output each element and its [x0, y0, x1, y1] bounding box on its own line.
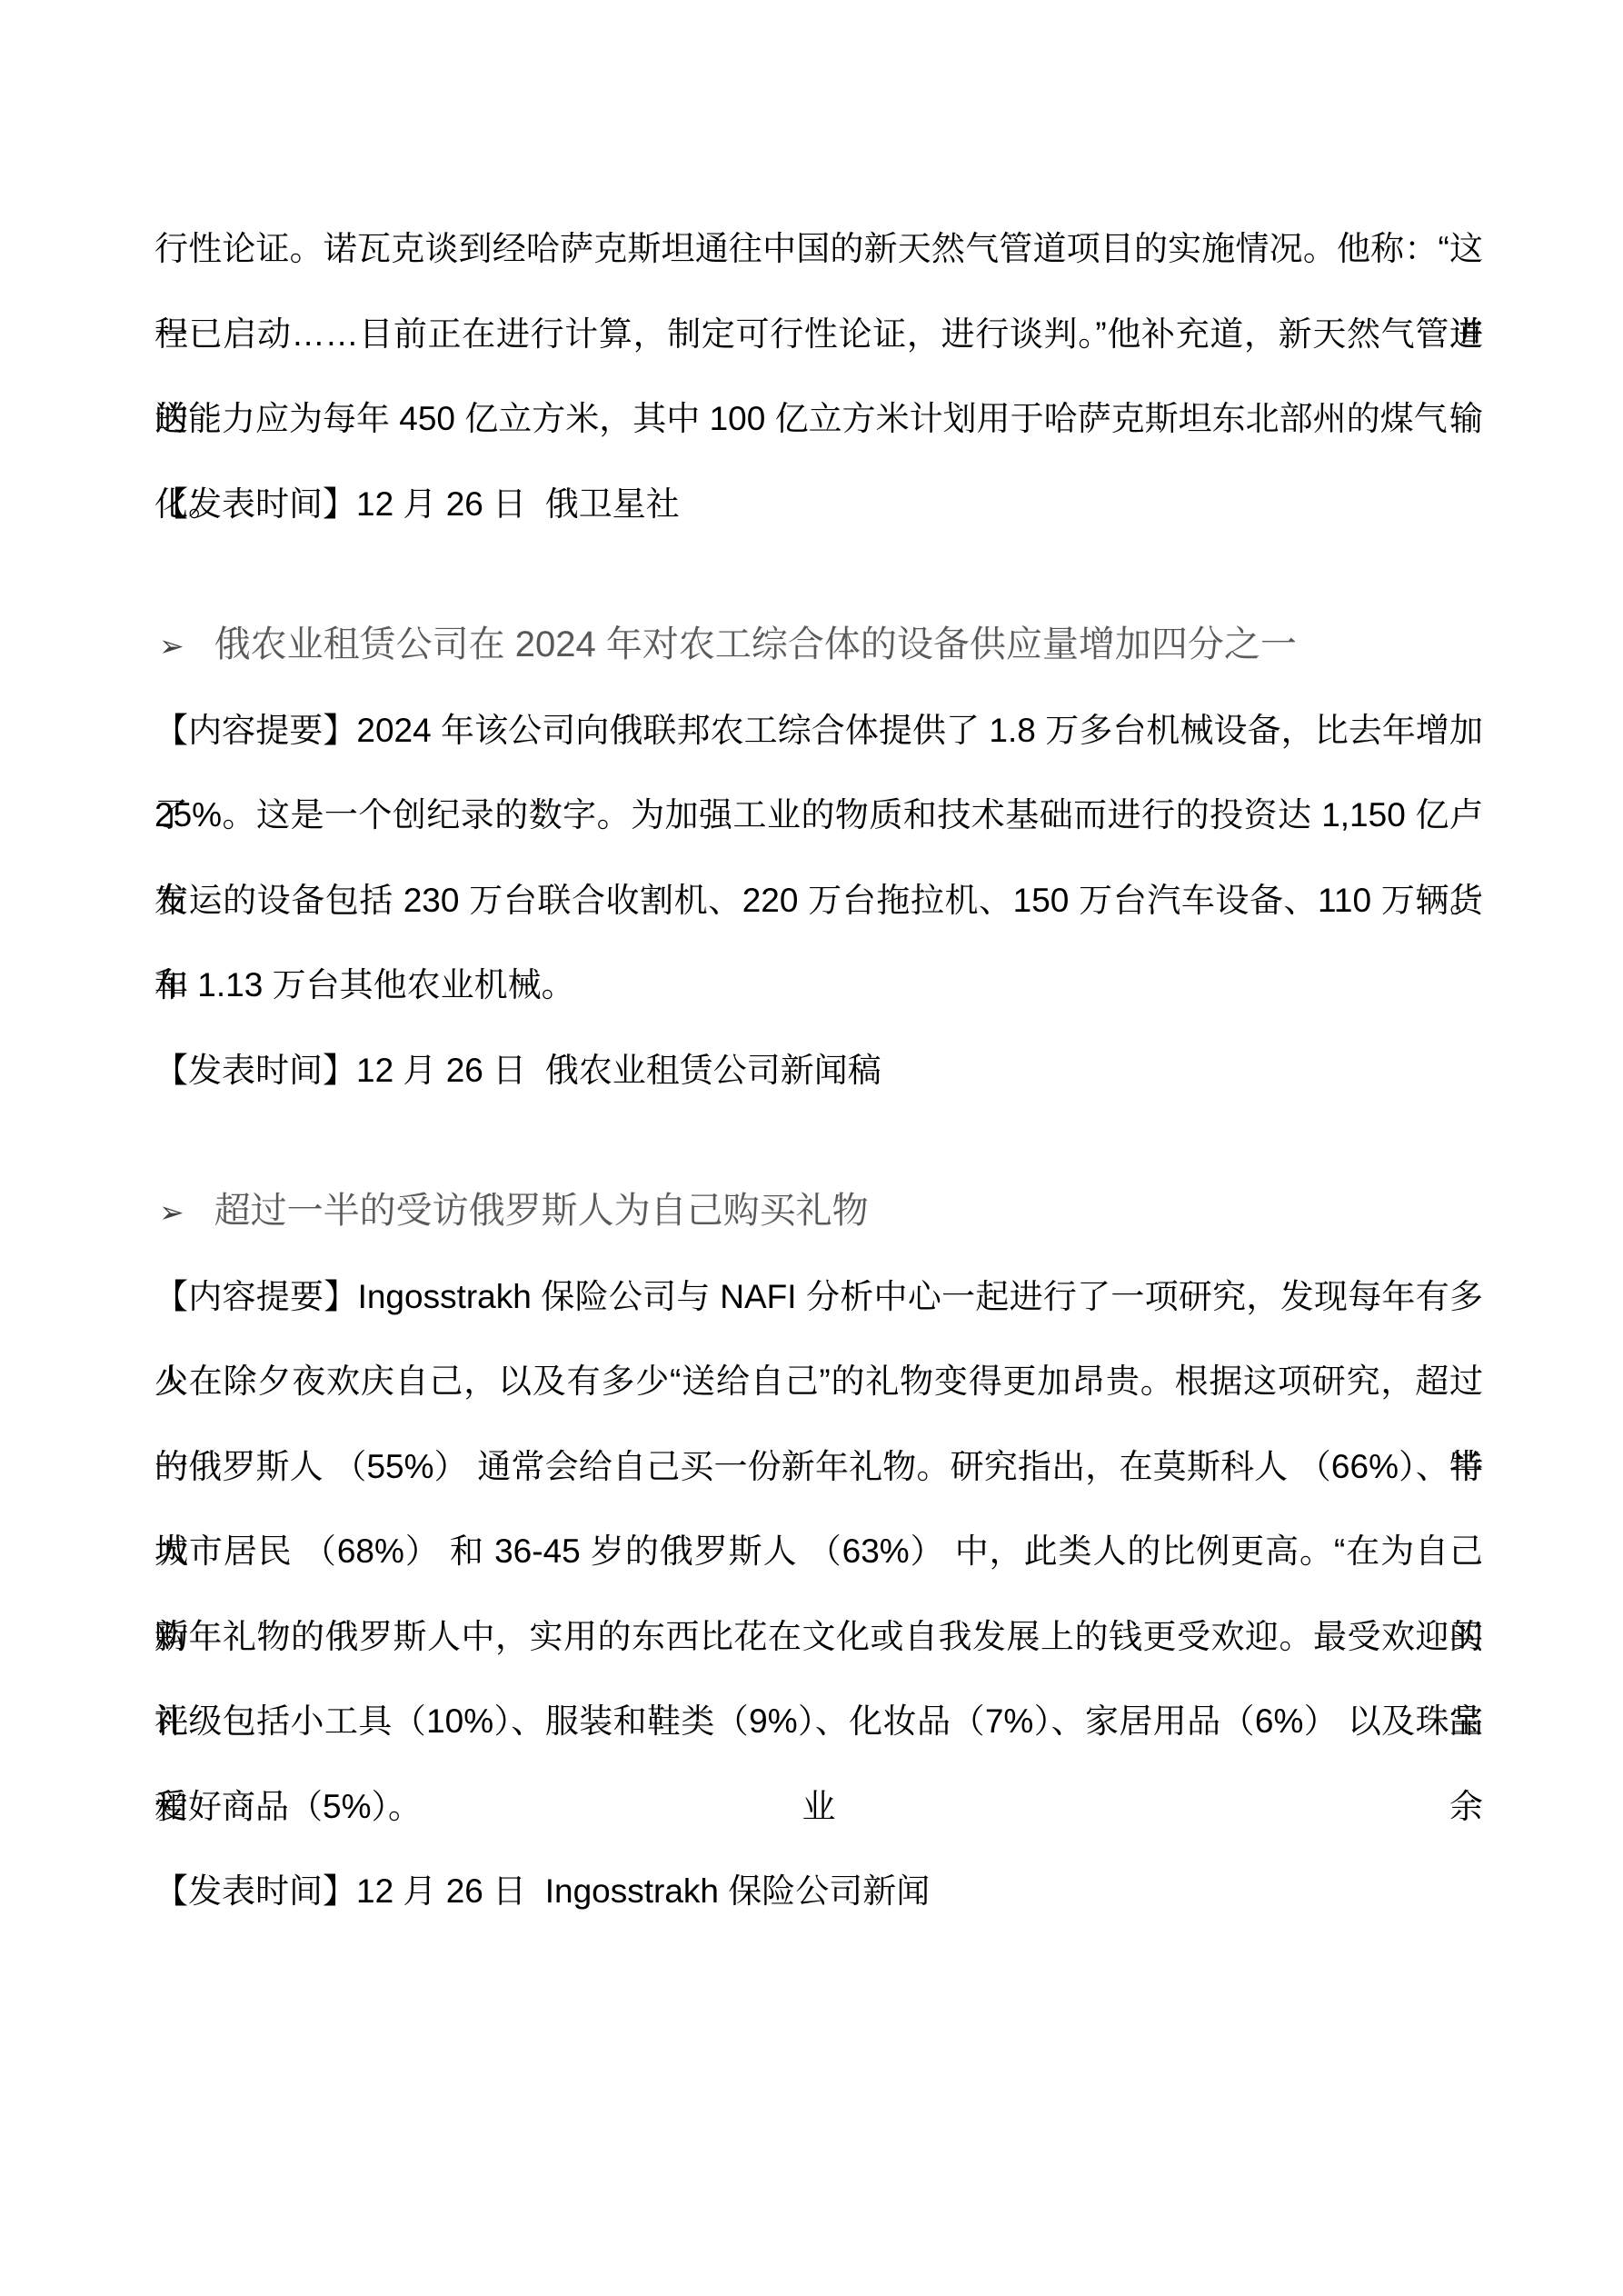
article-section-pipeline: 行性论证。诺瓦克谈到经哈萨克斯坦通往中国的新天然气管道项目的实施情况。他称：“这…	[154, 206, 1483, 546]
body-line: 25%。这是一个创纪录的数字。为加强工业的物质和技术基础而进行的投资达 1,15…	[154, 773, 1483, 858]
body-line: 发运的设备包括 230 万台联合收割机、220 万台拖拉机、150 万台汽车设备…	[154, 858, 1483, 943]
body-line: 行性论证。诺瓦克谈到经哈萨克斯坦通往中国的新天然气管道项目的实施情况。他称：“这…	[154, 206, 1483, 292]
body-line: 城市居民 （68%） 和 36-45 岁的俄罗斯人 （63%） 中，此类人的比例…	[154, 1509, 1483, 1594]
article-section-gifts: ➢超过一半的受访俄罗斯人为自己购买礼物 【内容提要】Ingosstrakh 保险…	[154, 1169, 1483, 1934]
arrow-bullet-icon: ➢	[159, 604, 184, 689]
body-line: 和 1.13 万台其他农业机械。	[154, 943, 1483, 1028]
article-section-agroleasing: ➢俄农业租赁公司在 2024 年对农工综合体的设备供应量增加四分之一 【内容提要…	[154, 603, 1483, 1113]
body-line: 【内容提要】2024 年该公司向俄联邦农工综合体提供了 1.8 万多台机械设备，…	[154, 688, 1483, 774]
publish-info: 【发表时间】12 月 26 日 俄卫星社	[154, 462, 1483, 547]
body-line: 新年礼物的俄罗斯人中，实用的东西比花在文化或自我发展上的钱更受欢迎。最受欢迎的礼…	[154, 1594, 1483, 1680]
arrow-bullet-icon: ➢	[159, 1170, 184, 1255]
article-heading: ➢超过一半的受访俄罗斯人为自己购买礼物	[154, 1169, 1483, 1254]
body-line: 【内容提要】Ingosstrakh 保险公司与 NAFI 分析中心一起进行了一项…	[154, 1254, 1483, 1340]
article-title: 俄农业租赁公司在 2024 年对农工综合体的设备供应量增加四分之一	[214, 624, 1297, 664]
body-line: 人在除夕夜欢庆自己，以及有多少“送给自己”的礼物变得更加昂贵。根据这项研究，超过…	[154, 1339, 1483, 1424]
body-line: 送能力应为每年 450 亿立方米，其中 100 亿立方米计划用于哈萨克斯坦东北部…	[154, 376, 1483, 462]
publish-info: 【发表时间】12 月 26 日 Ingosstrakh 保险公司新闻	[154, 1849, 1483, 1934]
body-line: 的俄罗斯人 （55%） 通常会给自己买一份新年礼物。研究指出，在莫斯科人 （66…	[154, 1424, 1483, 1510]
publish-info: 【发表时间】12 月 26 日 俄农业租赁公司新闻稿	[154, 1028, 1483, 1113]
body-line: 程已启动……目前正在进行计算，制定可行性论证，进行谈判。”他补充道，新天然气管道…	[154, 292, 1483, 377]
body-line: 评级包括小工具（10%）、服装和鞋类（9%）、化妆品（7%）、家居用品（6%） …	[154, 1679, 1483, 1764]
article-title: 超过一半的受访俄罗斯人为自己购买礼物	[214, 1191, 869, 1231]
document-body: 行性论证。诺瓦克谈到经哈萨克斯坦通往中国的新天然气管道项目的实施情况。他称：“这…	[154, 206, 1483, 1934]
article-heading: ➢俄农业租赁公司在 2024 年对农工综合体的设备供应量增加四分之一	[154, 603, 1483, 688]
